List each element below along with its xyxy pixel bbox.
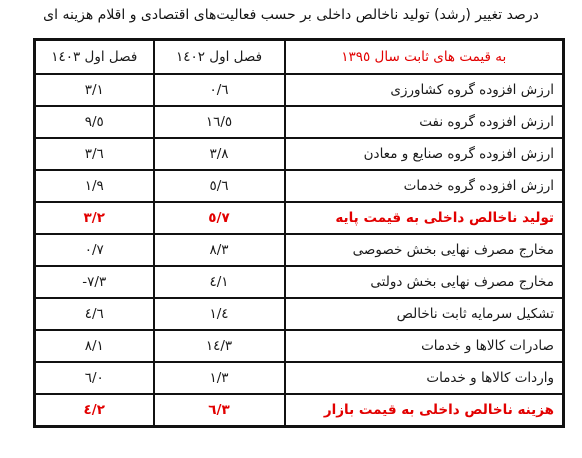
table-row: مخارج مصرف نهایی بخش خصوصی ٨/٣ ٠/٧ — [35, 234, 564, 266]
value-q1-1403: ٦/٠ — [35, 362, 154, 394]
value-q1-1402: ٠/٦ — [154, 74, 285, 106]
table-row: ارزش افزوده گروه کشاورزی ٠/٦ ٣/١ — [35, 74, 564, 106]
row-label: مخارج مصرف نهایی بخش خصوصی — [285, 234, 564, 266]
value-q1-1403: ٨/١ — [35, 330, 154, 362]
table-body: ارزش افزوده گروه کشاورزی ٠/٦ ٣/١ ارزش اف… — [35, 74, 564, 427]
value-q1-1403: ٩/٥ — [35, 106, 154, 138]
row-label: ارزش افزوده گروه کشاورزی — [285, 74, 564, 106]
table-row: تشکیل سرمایه ثابت ناخالص ١/٤ ٤/٦ — [35, 298, 564, 330]
table-row: ارزش افزوده گروه صنایع و معادن ٣/٨ ٣/٦ — [35, 138, 564, 170]
table-header: به قیمت های ثابت سال ١٣٩٥ فصل اول ١٤٠٢ ف… — [35, 40, 564, 75]
value-q1-1402: ٣/٨ — [154, 138, 285, 170]
value-q1-1403: ٤/٢ — [35, 394, 154, 427]
row-label: ارزش افزوده گروه خدمات — [285, 170, 564, 202]
page: درصد تغییر (رشد) تولید ناخالص داخلی بر ح… — [0, 0, 582, 458]
row-label: صادرات کالاها و خدمات — [285, 330, 564, 362]
value-q1-1403: -٧/٣ — [35, 266, 154, 298]
header-q1-1403: فصل اول ١٤٠٣ — [35, 40, 154, 75]
gdp-growth-table: به قیمت های ثابت سال ١٣٩٥ فصل اول ١٤٠٢ ف… — [33, 38, 565, 428]
value-q1-1402: ٨/٣ — [154, 234, 285, 266]
value-q1-1402: ١/٤ — [154, 298, 285, 330]
table-row: تولید ناخالص داخلی به قیمت پایه ٥/٧ ٣/٢ — [35, 202, 564, 234]
value-q1-1402: ١/٣ — [154, 362, 285, 394]
table-row: صادرات کالاها و خدمات ١٤/٣ ٨/١ — [35, 330, 564, 362]
header-row: به قیمت های ثابت سال ١٣٩٥ فصل اول ١٤٠٢ ف… — [35, 40, 564, 75]
value-q1-1403: ٠/٧ — [35, 234, 154, 266]
value-q1-1403: ١/٩ — [35, 170, 154, 202]
value-q1-1402: ٦/٣ — [154, 394, 285, 427]
value-q1-1403: ٣/١ — [35, 74, 154, 106]
row-label: ارزش افزوده گروه صنایع و معادن — [285, 138, 564, 170]
header-q1-1402: فصل اول ١٤٠٢ — [154, 40, 285, 75]
value-q1-1402: ١٤/٣ — [154, 330, 285, 362]
value-q1-1402: ٤/١ — [154, 266, 285, 298]
value-q1-1403: ٣/٢ — [35, 202, 154, 234]
row-label: ارزش افزوده گروه نفت — [285, 106, 564, 138]
table-title: درصد تغییر (رشد) تولید ناخالص داخلی بر ح… — [0, 7, 582, 23]
row-label: تشکیل سرمایه ثابت ناخالص — [285, 298, 564, 330]
value-q1-1403: ٣/٦ — [35, 138, 154, 170]
row-label: واردات کالاها و خدمات — [285, 362, 564, 394]
table-row: واردات کالاها و خدمات ١/٣ ٦/٠ — [35, 362, 564, 394]
table-row: مخارج مصرف نهایی بخش دولتی ٤/١ -٧/٣ — [35, 266, 564, 298]
value-q1-1402: ١٦/٥ — [154, 106, 285, 138]
row-label: تولید ناخالص داخلی به قیمت پایه — [285, 202, 564, 234]
value-q1-1402: ٥/٦ — [154, 170, 285, 202]
table-row: ارزش افزوده گروه نفت ١٦/٥ ٩/٥ — [35, 106, 564, 138]
table-row: هزینه ناخالص داخلی به قیمت بازار ٦/٣ ٤/٢ — [35, 394, 564, 427]
value-q1-1403: ٤/٦ — [35, 298, 154, 330]
value-q1-1402: ٥/٧ — [154, 202, 285, 234]
row-label: مخارج مصرف نهایی بخش دولتی — [285, 266, 564, 298]
header-constant-prices: به قیمت های ثابت سال ١٣٩٥ — [285, 40, 564, 75]
table-row: ارزش افزوده گروه خدمات ٥/٦ ١/٩ — [35, 170, 564, 202]
row-label: هزینه ناخالص داخلی به قیمت بازار — [285, 394, 564, 427]
